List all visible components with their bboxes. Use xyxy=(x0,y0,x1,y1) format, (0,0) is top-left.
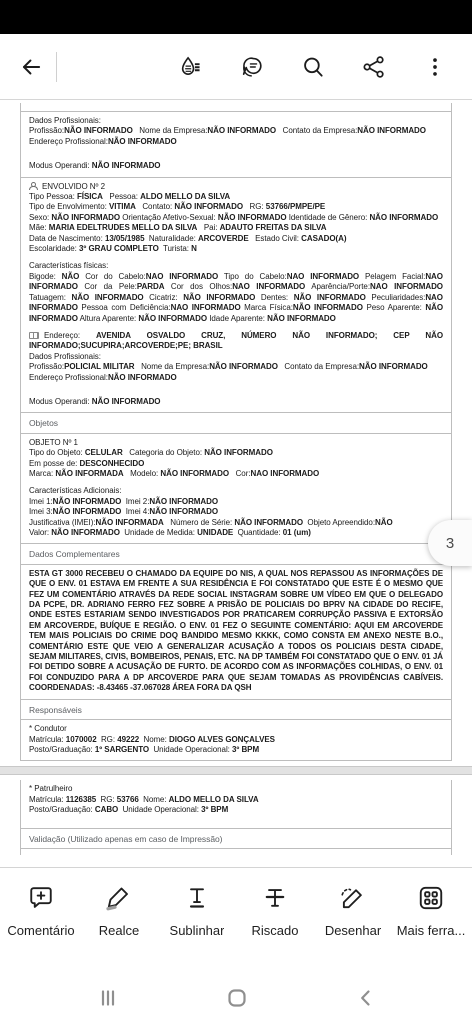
toolbar-actions xyxy=(174,50,458,84)
page-number-indicator[interactable]: 3 xyxy=(428,520,472,566)
doc-block: ESTA GT 3000 RECEBEU O CHAMADO DA EQUIPE… xyxy=(20,565,452,699)
doc-block: * CondutorMatrícula: 1070002 RG: 49222 N… xyxy=(20,720,452,761)
doc-section-header: Dados Complementares xyxy=(20,543,452,564)
tool-label: Comentário xyxy=(7,923,74,938)
doc-line: Imei 3:NÃO INFORMADO Imei 4:NÃO INFORMAD… xyxy=(29,507,443,517)
doc-line: Matrícula: 1126385 RG: 53766 Nome: ALDO … xyxy=(29,795,443,805)
doc-line: Modus Operandi: NÃO INFORMADO xyxy=(29,161,443,171)
doc-block: Dados Profissionais:Profissão:NÃO INFORM… xyxy=(20,112,452,177)
map-icon xyxy=(29,332,39,339)
doc-line: Dados Profissionais: xyxy=(29,116,443,126)
doc-line xyxy=(29,324,443,331)
doc-line: Endereço: AVENIDA OSVALDO CRUZ, NÚMERO N… xyxy=(29,331,443,352)
doc-block: ENVOLVIDO Nº 2Tipo Pessoa: FÍSICA Pessoa… xyxy=(20,177,452,413)
tool-label: Sublinhar xyxy=(170,923,225,938)
recents-icon xyxy=(96,986,120,1010)
doc-line: Em posse de: DESCONHECIDO xyxy=(29,459,443,469)
doc-line: Profissão:NÃO INFORMADO Nome da Empresa:… xyxy=(29,126,443,136)
comments-icon xyxy=(239,54,265,80)
doc-line: Tipo do Objeto: CELULAR Categoria do Obj… xyxy=(29,448,443,458)
doc-block: * PatrulheiroMatrícula: 1126385 RG: 5376… xyxy=(20,780,452,827)
more-tools-grid-icon xyxy=(416,883,446,913)
toolbar-divider xyxy=(56,52,57,82)
doc-section-header: Responsáveis xyxy=(20,699,452,720)
doc-line: Mãe: MARIA EDELTRUDES MELLO DA SILVA Pai… xyxy=(29,223,443,233)
page-separator xyxy=(0,766,472,775)
page-number: 3 xyxy=(446,535,454,552)
doc-line: Justificativa (IMEI):NÃO INFORMADA Númer… xyxy=(29,518,443,528)
doc-section-title: Validação (Utilizado apenas em caso de I… xyxy=(29,834,222,844)
back-button[interactable] xyxy=(14,50,48,84)
doc-section-header: Objetos xyxy=(20,412,452,433)
doc-section-title: Objetos xyxy=(29,418,58,428)
back-arrow-icon xyxy=(18,54,44,80)
doc-spacer xyxy=(20,103,452,112)
doc-section-title: Dados Complementares xyxy=(29,549,120,559)
liquid-mode-button[interactable] xyxy=(174,50,208,84)
doc-line: Tipo de Envolvimento: VITIMA Contato: NÃ… xyxy=(29,202,443,212)
doc-line: ENVOLVIDO Nº 2 xyxy=(29,182,443,192)
comment-plus-icon xyxy=(26,883,56,913)
home-icon xyxy=(225,986,249,1010)
person-icon xyxy=(29,182,38,190)
doc-filler xyxy=(20,849,452,855)
doc-line: Data de Nascimento: 13/05/1985 Naturalid… xyxy=(29,234,443,244)
doc-block: OBJETO Nº 1Tipo do Objeto: CELULAR Categ… xyxy=(20,434,452,544)
doc-line: Matrícula: 1070002 RG: 49222 Nome: DIOGO… xyxy=(29,735,443,745)
doc-line: Posto/Graduação: 1º SARGENTO Unidade Ope… xyxy=(29,745,443,755)
nav-recents-button[interactable] xyxy=(96,985,122,1011)
doc-line xyxy=(29,254,443,261)
search-icon xyxy=(300,54,326,80)
doc-line: Marca: NÃO INFORMADA Modelo: NÃO INFORMA… xyxy=(29,469,443,479)
doc-line: Escolaridade: 3º GRAU COMPLETO Turista: … xyxy=(29,244,443,254)
doc-section-title: Responsáveis xyxy=(29,705,82,715)
tool-label: Realce xyxy=(99,923,139,938)
document-viewport[interactable]: Dados Profissionais:Profissão:NÃO INFORM… xyxy=(0,100,472,867)
search-button[interactable] xyxy=(296,50,330,84)
doc-line: Imei 1:NÃO INFORMADO Imei 2:NÃO INFORMAD… xyxy=(29,497,443,507)
underline-icon xyxy=(182,883,212,913)
doc-line xyxy=(29,390,443,397)
doc-line: Características Adicionais: xyxy=(29,486,443,496)
doc-line: * Patrulheiro xyxy=(29,784,443,794)
doc-line: Posto/Graduação: CABO Unidade Operaciona… xyxy=(29,805,443,815)
draw-tool-button[interactable]: Desenhar xyxy=(314,883,392,938)
bottom-bar: Comentário Realce Sublinhar Riscado xyxy=(0,867,472,1024)
doc-line xyxy=(29,147,443,154)
doc-line: Valor: NÃO INFORMADO Unidade de Medida: … xyxy=(29,528,443,538)
nav-back-icon xyxy=(354,986,378,1010)
doc-line: OBJETO Nº 1 xyxy=(29,438,443,448)
nav-back-button[interactable] xyxy=(354,985,380,1011)
highlight-tool-button[interactable]: Realce xyxy=(80,883,158,938)
doc-line: Bigode: NÃO Cor do Cabelo:NAO INFORMADO … xyxy=(29,272,443,324)
doc-line: Sexo: NÃO INFORMADO Orientação Afetivo-S… xyxy=(29,213,443,223)
doc-line: ESTA GT 3000 RECEBEU O CHAMADO DA EQUIPE… xyxy=(29,569,443,694)
doc-line: Tipo Pessoa: FÍSICA Pessoa: ALDO MELLO D… xyxy=(29,192,443,202)
more-options-icon xyxy=(422,54,448,80)
pencil-draw-icon xyxy=(338,883,368,913)
comments-button[interactable] xyxy=(235,50,269,84)
annotation-toolbar: Comentário Realce Sublinhar Riscado xyxy=(0,868,472,938)
doc-line: Endereço Profissional:NÃO INFORMADO xyxy=(29,373,443,383)
doc-line xyxy=(29,816,443,823)
nav-home-button[interactable] xyxy=(225,985,251,1011)
top-toolbar xyxy=(0,34,472,100)
tool-label: Riscado xyxy=(252,923,299,938)
doc-line xyxy=(29,479,443,486)
android-nav-bar xyxy=(0,976,472,1020)
status-bar xyxy=(0,0,472,34)
doc-line xyxy=(29,383,443,390)
overflow-menu-button[interactable] xyxy=(418,50,452,84)
share-button[interactable] xyxy=(357,50,391,84)
tool-label: Desenhar xyxy=(325,923,381,938)
doc-section-header: Validação (Utilizado apenas em caso de I… xyxy=(20,828,452,849)
doc-line: Dados Profissionais: xyxy=(29,352,443,362)
highlighter-icon xyxy=(104,883,134,913)
share-icon xyxy=(361,54,387,80)
comment-tool-button[interactable]: Comentário xyxy=(2,883,80,938)
pdf-page: Dados Profissionais:Profissão:NÃO INFORM… xyxy=(0,103,472,855)
doc-line: Características físicas: xyxy=(29,261,443,271)
doc-line xyxy=(29,154,443,161)
doc-line: Modus Operandi: NÃO INFORMADO xyxy=(29,397,443,407)
liquid-mode-icon xyxy=(178,54,204,80)
underline-tool-button[interactable]: Sublinhar xyxy=(158,883,236,938)
strikethrough-tool-button[interactable]: Riscado xyxy=(236,883,314,938)
tool-label: Mais ferra... xyxy=(397,923,466,938)
more-tools-button[interactable]: Mais ferra... xyxy=(392,883,470,938)
doc-line: Profissão:POLICIAL MILITAR Nome da Empre… xyxy=(29,362,443,372)
strikethrough-icon xyxy=(260,883,290,913)
doc-line: Endereço Profissional:NÃO INFORMADO xyxy=(29,137,443,147)
doc-line: * Condutor xyxy=(29,724,443,734)
